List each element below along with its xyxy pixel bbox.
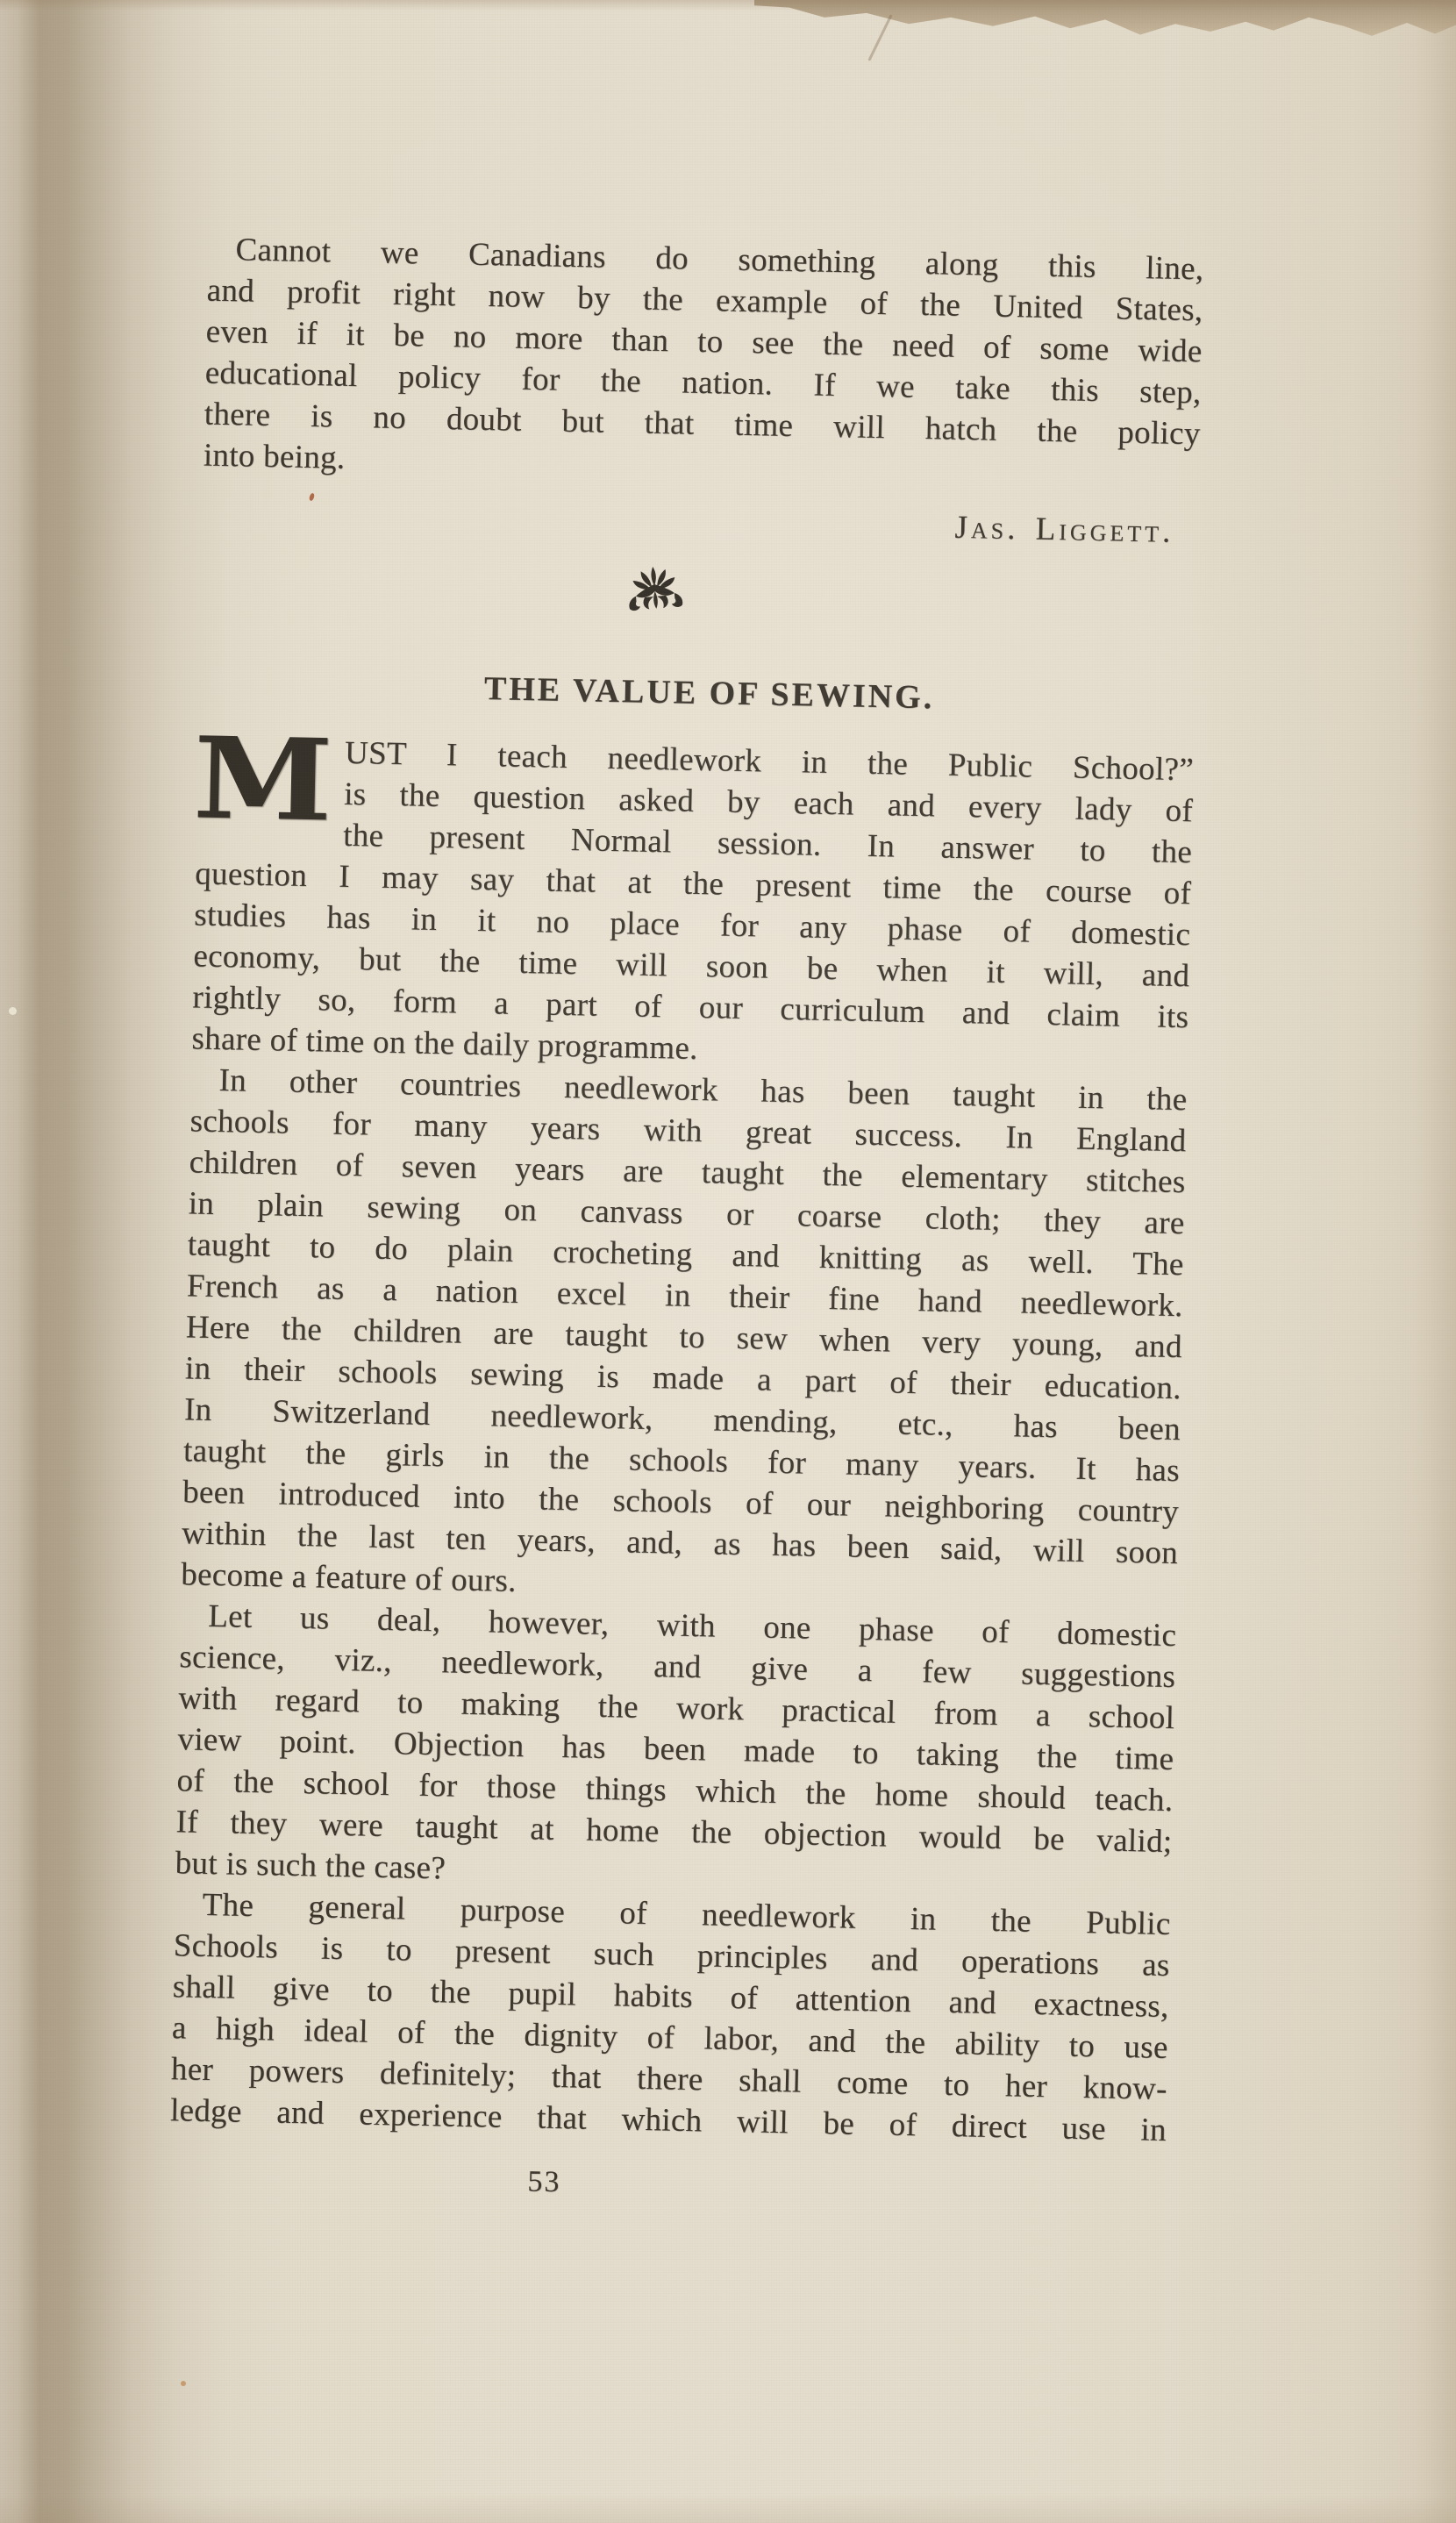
book-page-scan: Cannot we Canadians do something along t… xyxy=(0,0,1456,2523)
article-paragraph: Let us deal, however, with one phase of … xyxy=(175,1595,1176,1904)
page-number: 53 xyxy=(46,2151,1043,2212)
drop-cap: M xyxy=(192,733,330,837)
section-divider xyxy=(156,555,1153,637)
article-title: THE VALUE OF SEWING. xyxy=(223,661,1195,725)
signature-row: Jas. Liggett. xyxy=(202,492,1199,554)
paper-speck xyxy=(9,1007,17,1015)
author-signature: Jas. Liggett. xyxy=(954,510,1174,550)
article-paragraph: MUST I teach needlework in the Public Sc… xyxy=(191,729,1194,1079)
crease-mark xyxy=(867,14,892,61)
closing-paragraph: Cannot we Canadians do something along t… xyxy=(203,229,1203,497)
article-body: MUST I teach needlework in the Public Sc… xyxy=(170,729,1195,2150)
type-area: Cannot we Canadians do something along t… xyxy=(168,229,1204,2215)
deckle-edge xyxy=(754,0,1456,54)
article-paragraph: The general purpose of needlework in the… xyxy=(170,1883,1171,2151)
floral-sprig-ornament-icon xyxy=(623,594,687,631)
article-paragraph: In other countries needlework has been t… xyxy=(181,1059,1188,1615)
paper-speck xyxy=(181,2381,186,2386)
